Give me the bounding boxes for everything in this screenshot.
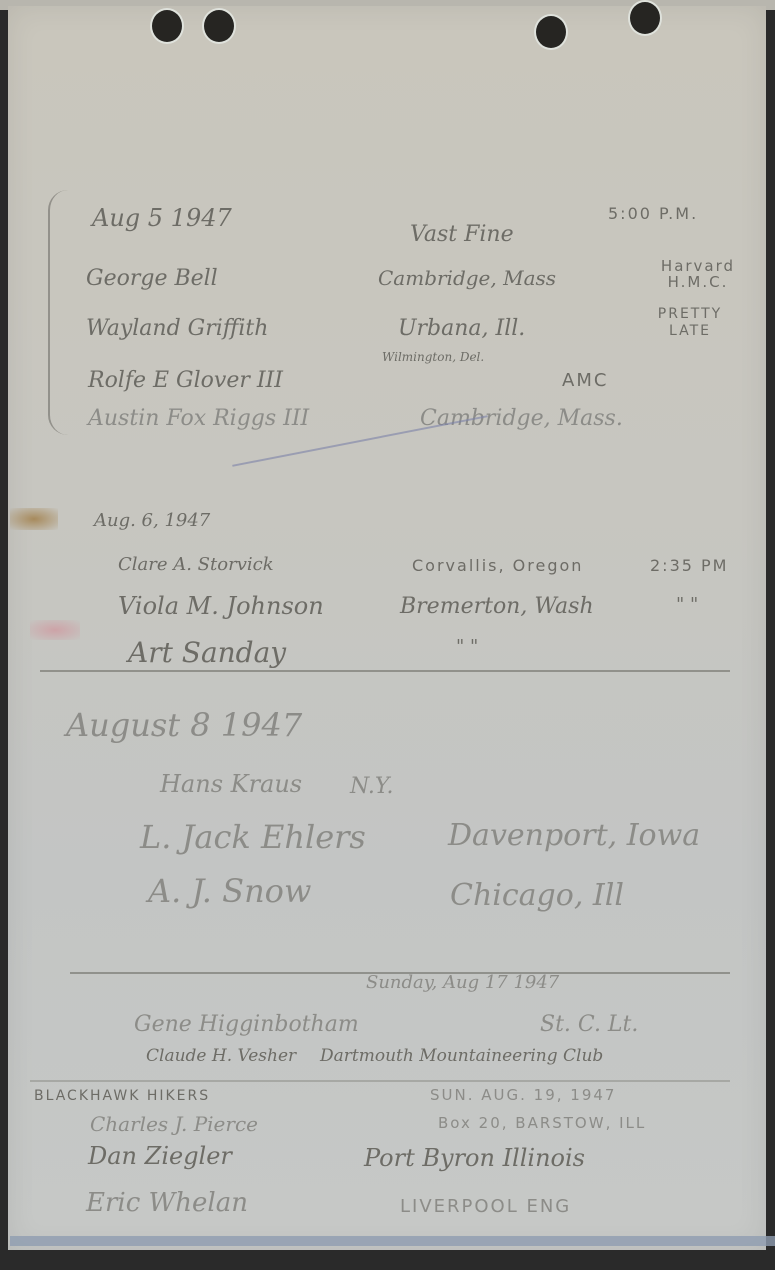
- signature-place: Cambridge, Mass: [378, 266, 556, 290]
- punch-hole: [534, 14, 568, 50]
- entry-time: 5:00 P.M.: [608, 204, 698, 223]
- signature-name: Wayland Griffith: [86, 316, 268, 341]
- entry-date: Aug 5 1947: [92, 204, 232, 232]
- entry-date: Aug. 6, 1947: [94, 510, 210, 531]
- pink-mark: [30, 620, 80, 640]
- signature-name: A. J. Snow: [148, 872, 311, 910]
- signature-place: N.Y.: [350, 774, 394, 799]
- signature-place: Wilmington, Del.: [382, 350, 484, 364]
- signature-place: Dartmouth Mountaineering Club: [320, 1046, 603, 1066]
- punch-hole: [150, 8, 184, 44]
- signature-name: Eric Whelan: [86, 1188, 248, 1218]
- signature-name: Dan Ziegler: [88, 1142, 232, 1170]
- signature-place: Davenport, Iowa: [448, 818, 700, 853]
- divider-line: [40, 670, 730, 672]
- signature-place: Chicago, Ill: [450, 878, 624, 913]
- signature-place: St. C. Lt.: [540, 1012, 638, 1037]
- signature-name: Hans Kraus: [160, 770, 302, 798]
- signature-name: Gene Higginbotham: [134, 1012, 359, 1037]
- stain-mark: [10, 508, 58, 530]
- entry-date: August 8 1947: [66, 706, 302, 744]
- signature-place: Corvallis, Oregon: [412, 556, 583, 575]
- signature-time: 2:35 PM: [650, 556, 728, 575]
- signature-place: Urbana, Ill.: [398, 316, 525, 341]
- signature-name: Art Sanday: [128, 636, 286, 669]
- signature-place: Box 20, BARSTOW, ILL: [438, 1114, 646, 1132]
- signature-name: Viola M. Johnson: [118, 592, 324, 620]
- entry-date: Sunday, Aug 17 1947: [366, 972, 559, 993]
- punch-hole: [628, 0, 662, 36]
- brace-mark: [48, 190, 70, 435]
- signature-place: " ": [456, 636, 478, 657]
- signature-name: Austin Fox Riggs III: [88, 406, 309, 431]
- group-name: BLACKHAWK HIKERS: [34, 1088, 210, 1104]
- punch-hole: [202, 8, 236, 44]
- signature-name: L. Jack Ehlers: [140, 818, 366, 856]
- signature-affiliation: AMC: [562, 370, 608, 391]
- signature-name: Charles J. Pierce: [90, 1112, 258, 1136]
- signature-place: Port Byron Illinois: [364, 1144, 585, 1172]
- signature-name: Clare A. Storvick: [118, 554, 274, 575]
- signature-place: LIVERPOOL ENG: [400, 1196, 571, 1217]
- entry-heading: Vast Fine: [410, 222, 514, 247]
- signature-place: Cambridge, Mass.: [420, 406, 623, 431]
- signature-name: Rolfe E Glover III: [88, 368, 283, 393]
- divider-line: [30, 1080, 730, 1082]
- signature-time: " ": [676, 594, 698, 615]
- entry-note: PRETTY LATE: [640, 306, 740, 340]
- signature-name: George Bell: [86, 266, 218, 291]
- signature-place: Bremerton, Wash: [400, 594, 594, 619]
- signature-affiliation: Harvard H.M.C.: [648, 258, 748, 290]
- tape-strip: [10, 1236, 775, 1246]
- entry-date: SUN. AUG. 19, 1947: [430, 1086, 616, 1104]
- signature-name: Claude H. Vesher: [146, 1046, 296, 1066]
